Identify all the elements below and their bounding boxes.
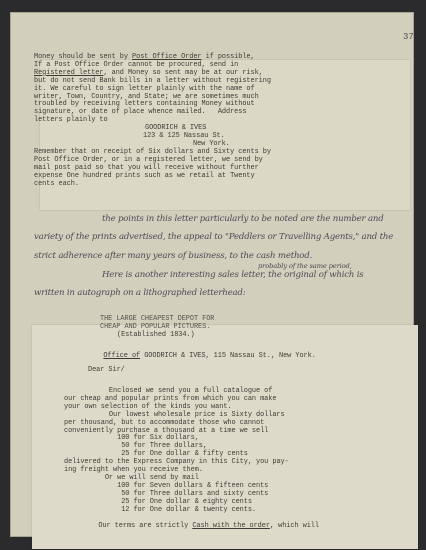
office-address: , 115 Nassau St., New York. <box>205 352 315 360</box>
top-clipping-text: Money should be sent by Post Office Orde… <box>34 54 271 125</box>
text-run: writer, Town, Country, and State; we are… <box>34 93 259 101</box>
handwritten-line-5: written in autograph on a lithographed l… <box>34 288 245 299</box>
text-run: signature, or date of place whence maile… <box>34 108 246 116</box>
page-number: 37 <box>403 32 414 42</box>
salutation: Dear Sir/ <box>88 367 125 375</box>
underlined-run: Registered letter <box>34 69 103 77</box>
handwritten-line-1: the points in this letter particularly t… <box>102 214 384 225</box>
terms-cash-with-order: Cash with the order <box>192 522 270 530</box>
text-run: If a Post Office Order cannot be procure… <box>34 61 238 69</box>
terms-prefix: Our terms are strictly <box>98 522 192 530</box>
text-run: letters plainly to <box>34 116 108 124</box>
handwritten-line-2: variety of the prints advertised, the ap… <box>34 232 393 243</box>
offer-paragraph: Remember that on receipt of Six dollars … <box>34 149 271 189</box>
text-run: it. We careful to sign letter plainly wi… <box>34 85 255 93</box>
text-run: Money should be sent by <box>34 53 132 61</box>
letter-body: Enclosed we send you a full catalogue of… <box>64 388 289 515</box>
handwritten-line-4: Here is another interesting sales letter… <box>102 270 364 281</box>
letter-body-line: 12 for One dollar & twenty cents. <box>64 507 289 515</box>
text-run: but do not send Bank bills in a letter w… <box>34 77 271 85</box>
letterhead-line-3: (Established 1834.) <box>117 332 195 340</box>
office-prefix: Office of <box>103 352 140 360</box>
terms-line: Our terms are strictly Cash with the ord… <box>82 515 319 539</box>
archival-page: 37 Money should be sent by Post Office O… <box>10 12 414 537</box>
terms-suffix: , which will <box>270 522 319 530</box>
office-firm: GOODRICH & IVES <box>144 352 205 360</box>
text-run: , and Money so sent may be at our risk, <box>103 69 262 77</box>
offer-line: cents each. <box>34 181 271 189</box>
underlined-run: Post Office Order <box>132 53 201 61</box>
text-run: if possible, <box>202 53 255 61</box>
text-run: troubled by receiving letters containing… <box>34 100 255 108</box>
